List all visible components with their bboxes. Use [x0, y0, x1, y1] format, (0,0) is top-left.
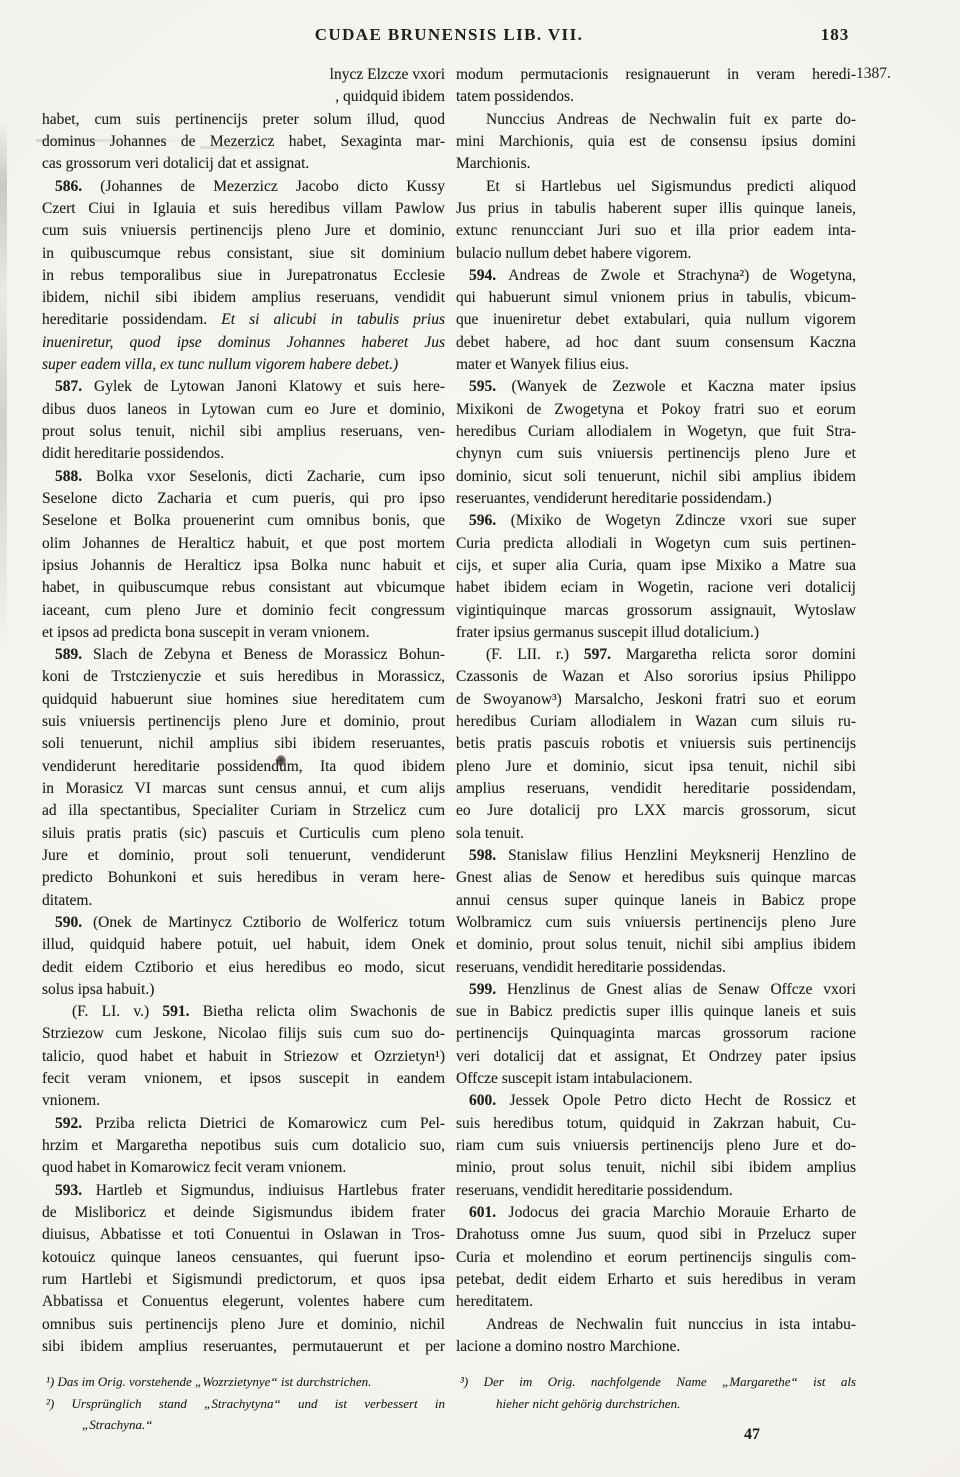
- text-line: cijs, et super alia Curia, quam ipse Mix…: [456, 555, 856, 577]
- text-line: Mixikoni de Zwogetyna et Pokoy fratri su…: [456, 399, 856, 421]
- text-line: 599. Henzlinus de Gnest alias de Senaw O…: [456, 979, 856, 1001]
- text-line: sola tenuit.: [456, 823, 856, 845]
- text-line: prout solus tenuit, nichil sibi amplius …: [42, 421, 445, 443]
- text-line: reseruantes, vendiderunt hereditarie pos…: [456, 488, 856, 510]
- entry-601: 601. Jodocus dei gracia Marchio Morauie …: [456, 1202, 856, 1314]
- andreas-note: Andreas de Nechwalin fuit nunccius in is…: [456, 1314, 856, 1359]
- text-line: predicto Bohunkoni et suis heredibus in …: [42, 867, 445, 889]
- text-line: 594. Andreas de Zwole et Strachyna²) de …: [456, 265, 856, 287]
- entry-588: 588. Bolka vxor Seselonis, dicti Zachari…: [42, 466, 445, 645]
- left-column: lnycz Elzcze vxori, quidquid ibidemhabet…: [42, 64, 445, 1358]
- text-line: Curia predicta allodiali in Wogetyn cum …: [456, 533, 856, 555]
- text-line: 595. (Wanyek de Zezwole et Kaczna mater …: [456, 376, 856, 398]
- text-line: (F. LII. r.) 597. Margaretha relicta sor…: [456, 644, 856, 666]
- text-line: habet, cum suis pertinencijs preter solu…: [42, 109, 445, 131]
- text-line: pertinencijs Quinquaginta marcas grossor…: [456, 1023, 856, 1045]
- text-line: cas grossorum veri dotalicij dat et assi…: [42, 153, 445, 175]
- text-line: talicio, quod habet et habuit in Striezo…: [42, 1046, 445, 1068]
- footnote-2: ²) Ursprünglich stand „Strachytyna“ und …: [46, 1393, 445, 1436]
- text-line: hereditarie possidendam. Et si alicubi i…: [42, 309, 445, 331]
- text-line: de Swoyanow³) Marsalcho, Jeskoni fratri …: [456, 689, 856, 711]
- text-line: 587. Gylek de Lytowan Janoni Klatowy et …: [42, 376, 445, 398]
- entry-587: 587. Gylek de Lytowan Janoni Klatowy et …: [42, 376, 445, 465]
- text-line: vendiderunt hereditarie possidendum, Ita…: [42, 756, 445, 778]
- text-line: vigintiquinque marcas grossorum assignau…: [456, 600, 856, 622]
- text-line: quidquid habuerunt siue homines siue her…: [42, 689, 445, 711]
- text-line: annui census super quinque laneis in Bab…: [456, 890, 856, 912]
- text-line: sibi ibidem amplius reseruantes, permuta…: [42, 1336, 445, 1358]
- text-line: lnycz Elzcze vxori: [42, 64, 445, 86]
- text-line: „Strachyna.“: [46, 1414, 445, 1436]
- text-line: debet habere, ad hoc dant suum consensum…: [456, 332, 856, 354]
- pencil-mark-artifact: [36, 139, 196, 142]
- text-line: olim Johannes de Heralticz habuit, et qu…: [42, 533, 445, 555]
- text-line: dominio, sicut soli tenuerunt, nichil si…: [456, 466, 856, 488]
- text-line: koni de Trstczienyczie et suis heredibus…: [42, 666, 445, 688]
- text-line: Curia et molendino et eorum pertinencijs…: [456, 1247, 856, 1269]
- entry-593: 593. Hartleb et Sigmundus, indiuisus Har…: [42, 1180, 445, 1359]
- text-line: habet ibidem eciam in Wogetin, racione v…: [456, 577, 856, 599]
- text-line: eo Jure dotalicij pro LXX marcis grossor…: [456, 800, 856, 822]
- text-line: hieher nicht gehörig durchstrichen.: [460, 1393, 856, 1415]
- text-line: et dominio, prout solus tenuit, nichil s…: [456, 934, 856, 956]
- text-line: Gnest alias de Senow et heredibus suis q…: [456, 867, 856, 889]
- text-line: heredibus Curiam allodialem in Wazan cum…: [456, 711, 856, 733]
- entry-591: (F. LI. v.) 591. Bietha relicta olim Swa…: [42, 1001, 445, 1113]
- text-line: Strziezow cum Jeskone, Nicolao filijs su…: [42, 1023, 445, 1045]
- text-line: (F. LI. v.) 591. Bietha relicta olim Swa…: [42, 1001, 445, 1023]
- text-line: riam cum suis vniuersis pertinencijs ple…: [456, 1135, 856, 1157]
- entry-586: 586. (Johannes de Mezerzicz Jacobo dicto…: [42, 176, 445, 377]
- page-number: 183: [800, 25, 870, 45]
- text-line: vnionem.: [42, 1090, 445, 1112]
- text-line: Seselone et Bolka prouenerint cum omnibu…: [42, 510, 445, 532]
- carryover-body: habet, cum suis pertinencijs preter solu…: [42, 109, 445, 176]
- text-line: ipsius Johannis de Heralticz ipsa Bolka …: [42, 555, 445, 577]
- carryover-continuation: modum permutacionis resignauerunt in ver…: [456, 64, 856, 109]
- text-line: ditatem.: [42, 890, 445, 912]
- footnotes-right: ³) Der im Orig. nachfolgende Name „Marga…: [460, 1371, 856, 1414]
- text-line: tatem possidendos.: [456, 86, 856, 108]
- text-line: que inueniretur debet extabulari, quia n…: [456, 309, 856, 331]
- footnote-3: ³) Der im Orig. nachfolgende Name „Marga…: [460, 1371, 856, 1414]
- text-line: quod habet in Komarowicz fecit veram vni…: [42, 1157, 445, 1179]
- text-line: Jure et dominio, prout soli tenuerunt, v…: [42, 845, 445, 867]
- text-line: Abbatissa et Conuentus elegerunt, volent…: [42, 1291, 445, 1313]
- entry-598: 598. Stanislaw filius Henzlini Meyksneri…: [456, 845, 856, 979]
- text-line: de Misliboricz et deinde Sigismundus ibi…: [42, 1202, 445, 1224]
- text-line: lacione a domino nostro Marchione.: [456, 1336, 856, 1358]
- text-line: ibidem, nichil sibi ibidem amplius reser…: [42, 287, 445, 309]
- pencil-mark-artifact: [200, 146, 262, 149]
- entry-594: 594. Andreas de Zwole et Strachyna²) de …: [456, 265, 856, 377]
- text-line: in quibuscumque rebus consistant, siue s…: [42, 243, 445, 265]
- text-line: 586. (Johannes de Mezerzicz Jacobo dicto…: [42, 176, 445, 198]
- text-line: mater et Wanyek filius eius.: [456, 354, 856, 376]
- right-column: modum permutacionis resignauerunt in ver…: [456, 64, 856, 1358]
- text-line: Czert Ciui in Iglauia et suis heredibus …: [42, 198, 445, 220]
- text-line: kotouicz quinque laneos censuantes, qui …: [42, 1247, 445, 1269]
- text-line: 590. (Onek de Martinycz Cztiborio de Wol…: [42, 912, 445, 934]
- text-line: ³) Der im Orig. nachfolgende Name „Marga…: [460, 1371, 856, 1393]
- text-line: Marchionis.: [456, 153, 856, 175]
- entry-599: 599. Henzlinus de Gnest alias de Senaw O…: [456, 979, 856, 1091]
- book-page: CUDAE BRUNENSIS LIB. VII. 183 1387. lnyc…: [0, 0, 960, 1477]
- text-line: diuisus, Abbatisse et toti Conuentui in …: [42, 1224, 445, 1246]
- entry-596: 596. (Mixiko de Wogetyn Zdincze vxori su…: [456, 510, 856, 644]
- text-line: Andreas de Nechwalin fuit nunccius in is…: [456, 1314, 856, 1336]
- text-line: dibus duos laneos in Lytowan cum eo Jure…: [42, 399, 445, 421]
- text-line: ad illa spectantibus, Specialiter Curiam…: [42, 800, 445, 822]
- text-line: soli tenuerunt, nichil amplius sibi ibid…: [42, 733, 445, 755]
- text-line: illud, quidquid habere potuit, uel habui…: [42, 934, 445, 956]
- entry-592: 592. Prziba relicta Dietrici de Komarowi…: [42, 1113, 445, 1180]
- text-line: fecit veram vnionem, et ipsos suscepit i…: [42, 1068, 445, 1090]
- text-line: reseruans, vendidit hereditarie possiden…: [456, 957, 856, 979]
- binding-smudge-artifact: [0, 120, 7, 660]
- text-line: Jus prius in tabulis haberent super illi…: [456, 198, 856, 220]
- carryover-fragment: lnycz Elzcze vxori, quidquid ibidem: [42, 64, 445, 109]
- text-line: veri dotalicij dat et assignat, Et Ondrz…: [456, 1046, 856, 1068]
- text-line: suis heredibus totum, quidquid in Zakrza…: [456, 1113, 856, 1135]
- text-line: 588. Bolka vxor Seselonis, dicti Zachari…: [42, 466, 445, 488]
- text-line: 598. Stanislaw filius Henzlini Meyksneri…: [456, 845, 856, 867]
- text-line: super eadem villa, ex tunc nullum vigore…: [42, 354, 445, 376]
- text-line: in Morasicz VI marcas sunt census annui,…: [42, 778, 445, 800]
- text-line: Nunccius Andreas de Nechwalin fuit ex pa…: [456, 109, 856, 131]
- text-line: inueniretur, quod ipse dominus Johannes …: [42, 332, 445, 354]
- text-line: Czassonis de Wazan et Also sororius ipsi…: [456, 666, 856, 688]
- text-line: hrzim et Margaretha nepotibus suis cum d…: [42, 1135, 445, 1157]
- text-line: dedit eidem Cztiborio et eius heredibus …: [42, 957, 445, 979]
- text-line: iaceant, cum pleno Jure et dominio fecit…: [42, 600, 445, 622]
- text-line: 589. Slach de Zebyna et Beness de Morass…: [42, 644, 445, 666]
- footnotes-left: ¹) Das im Orig. vorstehende „Wozrzietyny…: [46, 1371, 445, 1436]
- text-line: ¹) Das im Orig. vorstehende „Wozrzietyny…: [46, 1371, 445, 1393]
- entry-590: 590. (Onek de Martinycz Cztiborio de Wol…: [42, 912, 445, 1001]
- text-line: 592. Prziba relicta Dietrici de Komarowi…: [42, 1113, 445, 1135]
- text-line: chynyn cum suis vniuersis pertinencijs p…: [456, 443, 856, 465]
- text-line: habet, in quibuscumque rebus consistant …: [42, 577, 445, 599]
- text-line: modum permutacionis resignauerunt in ver…: [456, 64, 856, 86]
- text-line: hereditatem.: [456, 1291, 856, 1313]
- text-line: reseruans, vendidit hereditarie possiden…: [456, 1180, 856, 1202]
- text-line: 593. Hartleb et Sigmundus, indiuisus Har…: [42, 1180, 445, 1202]
- text-line: Wolbramicz cum suis vniuersis pertinenci…: [456, 912, 856, 934]
- hartlebus-note: Et si Hartlebus uel Sigismundus predicti…: [456, 176, 856, 265]
- text-line: heredibus Curiam allodialem in Wogetyn, …: [456, 421, 856, 443]
- text-line: in rebus temporalibus siue in Jurepatron…: [42, 265, 445, 287]
- text-line: qui habuerunt simul vnionem prius in tab…: [456, 287, 856, 309]
- text-line: amplius reseruans, vendidit hereditarie …: [456, 778, 856, 800]
- text-line: 600. Jessek Opole Petro dicto Hecht de R…: [456, 1090, 856, 1112]
- text-line: , quidquid ibidem: [42, 86, 445, 108]
- text-line: suis vniuersis pertinencijs pleno Jure e…: [42, 711, 445, 733]
- text-line: Drahotuss omne Jus suum, quod sibi in Pr…: [456, 1224, 856, 1246]
- text-line: mini Marchionis, quia est de consensu ip…: [456, 131, 856, 153]
- signature-number: 47: [722, 1426, 782, 1444]
- text-line: betis pratis pascuis robotis et vniuersi…: [456, 733, 856, 755]
- text-line: extunc renuncciant Juri suo et illa prio…: [456, 220, 856, 242]
- text-line: cum suis vniuersis pertinencijs pleno Ju…: [42, 220, 445, 242]
- nunccius-note: Nunccius Andreas de Nechwalin fuit ex pa…: [456, 109, 856, 176]
- text-line: solus ipsa habuit.): [42, 979, 445, 1001]
- text-line: rum Hartlebi et Sigismundi predictorum, …: [42, 1269, 445, 1291]
- ink-blot-artifact: [276, 755, 286, 767]
- text-line: Offcze suscepit istam intabulacionem.: [456, 1068, 856, 1090]
- text-line: pleno Jure et dominio, sicut ipsa tenuit…: [456, 756, 856, 778]
- text-line: omnibus suis pertinencijs pleno Jure et …: [42, 1314, 445, 1336]
- text-line: Et si Hartlebus uel Sigismundus predicti…: [456, 176, 856, 198]
- entry-595: 595. (Wanyek de Zezwole et Kaczna mater …: [456, 376, 856, 510]
- text-line: petebat, dedit eidem Erharto et suis her…: [456, 1269, 856, 1291]
- text-line: Seselone dicto Zacharia et cum pueris, q…: [42, 488, 445, 510]
- text-line: bulacio nullum debet habere vigorem.: [456, 243, 856, 265]
- text-line: ²) Ursprünglich stand „Strachytyna“ und …: [46, 1393, 445, 1415]
- text-line: siluis pratis pratis (sic) pascuis et Cu…: [42, 823, 445, 845]
- text-line: 601. Jodocus dei gracia Marchio Morauie …: [456, 1202, 856, 1224]
- footnote-1: ¹) Das im Orig. vorstehende „Wozrzietyny…: [46, 1371, 445, 1393]
- entry-589: 589. Slach de Zebyna et Beness de Morass…: [42, 644, 445, 912]
- text-line: frater ipsius germanus suscepit illud do…: [456, 622, 856, 644]
- text-line: 596. (Mixiko de Wogetyn Zdincze vxori su…: [456, 510, 856, 532]
- text-line: sue in Babicz predictis super illis quin…: [456, 1001, 856, 1023]
- running-title: CUDAE BRUNENSIS LIB. VII.: [42, 25, 856, 45]
- text-line: et ipsos ad predicta bona suscepit in ve…: [42, 622, 445, 644]
- text-line: didit hereditarie possidendos.: [42, 443, 445, 465]
- entry-600: 600. Jessek Opole Petro dicto Hecht de R…: [456, 1090, 856, 1202]
- text-line: minio, prout solus tenuit, nichil sibi i…: [456, 1157, 856, 1179]
- entry-597: (F. LII. r.) 597. Margaretha relicta sor…: [456, 644, 856, 845]
- text-line: dominus Johannes de Mezerzicz habet, Sex…: [42, 131, 445, 153]
- margin-year-note: 1387.: [856, 65, 891, 83]
